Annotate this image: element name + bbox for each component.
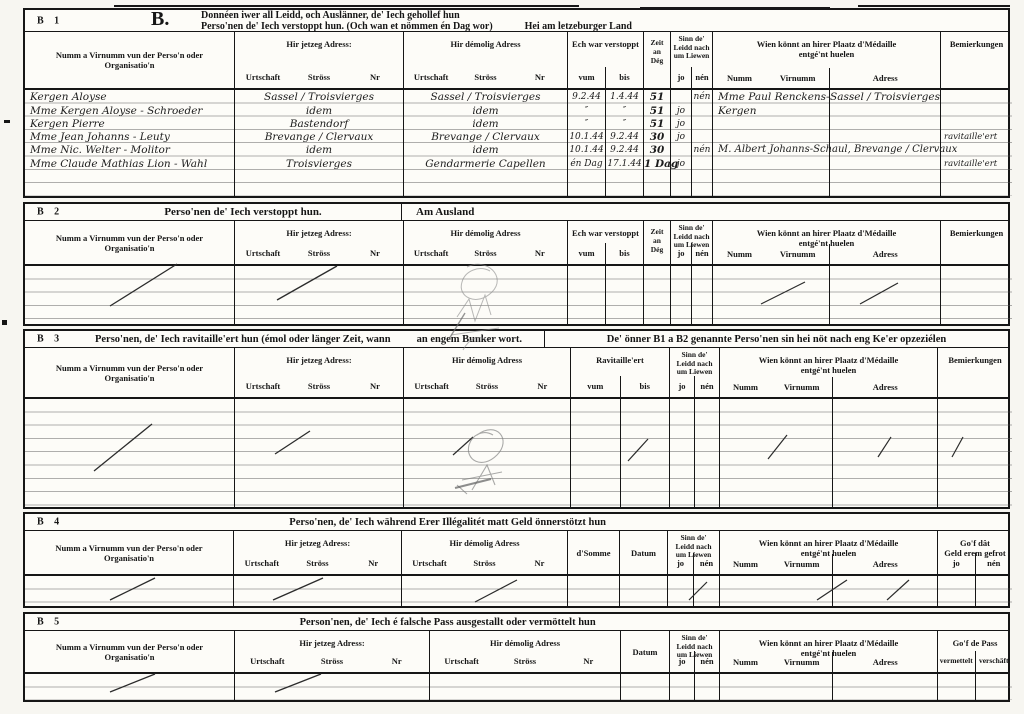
- b4-empty-cell: [667, 576, 693, 606]
- col-ravitailleert: Ravitaille'ertvumbis: [570, 348, 669, 397]
- b4-label: B 4: [37, 517, 63, 528]
- col-gof-pass: Go'f de Passvermetteltverschäft: [937, 631, 1012, 672]
- col-sinn: Sinn de'Leidd nachum Liewenjonén: [669, 631, 719, 672]
- entry-vum: 9.2.44: [568, 91, 605, 103]
- b1-bis-cell: 1.4.44 ″ ″ 9.2.44 9.2.44 17.1.44: [605, 90, 643, 196]
- section-b5: B 5 Person'nen, de' Iech é falsche Pass …: [23, 612, 1010, 702]
- b2-empty-cell: [234, 266, 403, 324]
- section-b2: B 2 Perso'nen de' Iech verstoppt hun. Am…: [23, 202, 1010, 326]
- entry-name: Mme Claude Mathias Lion - Wahl: [30, 158, 207, 170]
- col-jetzeg-adress: Hir jetzeg Adress:UrtschaftStrössNr: [233, 531, 401, 574]
- entry-zeit: 51: [644, 105, 670, 117]
- b2-body: [25, 266, 1008, 324]
- b4-empty-cell: [693, 576, 719, 606]
- b5-empty-cell: [694, 674, 719, 700]
- entry-zeit: 51: [644, 118, 670, 130]
- entry-name: Mme Kergen Aloyse - Schroeder: [30, 105, 202, 117]
- b3-empty-cell: [25, 399, 234, 507]
- section-b1: B 1 B. Donnéen iwer all Leidd, och Auslä…: [23, 8, 1010, 198]
- entry-zeit: 30: [644, 131, 670, 143]
- b3-band-right: De' önner B1 a B2 genannte Perso'nen sin…: [545, 334, 1008, 345]
- b1-vum-cell: 9.2.44 ″ ″ 10.1.44 10.1.44 én Dag: [567, 90, 605, 196]
- b2-empty-cell: [712, 266, 829, 324]
- entry-vum: én Dag: [568, 158, 605, 170]
- wien-sublabels: NummVirnummAdress: [713, 68, 940, 88]
- scanned-form-page: { "doc": { "hdr": { "name": "Numm a Virn…: [0, 0, 1024, 714]
- b2-column-headers: Numm a Virnumm vun der Perso'n oder Orga…: [25, 221, 1008, 266]
- entry-vum: 10.1.44: [568, 131, 605, 143]
- b5-empty-cell: [620, 674, 669, 700]
- col-wien: Wien könnt an hirer Plaatz d'Médailleent…: [719, 531, 937, 574]
- entry-bis: 1.4.44: [606, 91, 643, 103]
- entry-name: Kergen Aloyse: [30, 91, 107, 103]
- b4-empty-cell: [233, 576, 401, 606]
- b2-empty-cell: [25, 266, 234, 324]
- b3-empty-cell: [234, 399, 403, 507]
- entry-demolig: idem: [404, 105, 567, 117]
- b1-zeit-cell: 51 51 51 30 30 1 Dag: [643, 90, 670, 196]
- entry-name: Mme Nic. Welter - Molitor: [30, 144, 170, 156]
- b3-body: [25, 399, 1008, 507]
- b3-empty-cell: [719, 399, 832, 507]
- b1-demolig-cell: Sassel / Troisvierges idem idem Brevange…: [403, 90, 567, 196]
- entry-nen: nén: [692, 91, 712, 103]
- col-jetzeg-adress: Hir jetzeg Adress:UrtschaftStrössNr: [234, 348, 403, 397]
- col-bemierkungen: Bemierkungen: [940, 221, 1012, 264]
- b2-empty-cell: [670, 266, 691, 324]
- b5-empty-cell: [937, 674, 975, 700]
- entry-bis: 9.2.44: [606, 144, 643, 156]
- wien-label: Wien könnt an hirer Plaatz d'Médailleent…: [713, 39, 940, 59]
- b4-empty-cell: [619, 576, 667, 606]
- b2-empty-cell: [643, 266, 670, 324]
- entry-zeit: 51: [644, 91, 670, 103]
- b2-title-band: B 2 Perso'nen de' Iech verstoppt hun. Am…: [25, 204, 1008, 221]
- col-demolig-adress: Hir démolig Adress UrtschaftStrössNr: [403, 32, 567, 88]
- b3-title-a: Perso'nen, de' Iech ravitaille'ert hun (…: [95, 334, 391, 345]
- edge-artifact: [4, 120, 10, 123]
- b4-empty-cell: [401, 576, 567, 606]
- col-name: Numm a Virnumm vun der Perso'n oder Orga…: [25, 221, 234, 264]
- nr-label: Nr: [347, 72, 403, 82]
- b2-subtitle: Am Ausland: [416, 206, 474, 218]
- b3-title-band: B 3 Perso'nen, de' Iech ravitaille'ert h…: [25, 331, 1008, 348]
- entry-demolig: idem: [404, 144, 567, 156]
- demolig-sublabels: UrtschaftStrössNr: [404, 72, 567, 82]
- col-demolig-adress: Hir démolig AdressUrtschaftStrössNr: [401, 531, 567, 574]
- col-demolig-adress: Hir démolig AdressUrtschaftStrössNr: [403, 221, 567, 264]
- b1-letter: B.: [151, 8, 169, 31]
- b2-band-right: Am Ausland: [402, 206, 1008, 218]
- b1-wien-adress-cell: Sassel / Troisvierges: [829, 90, 940, 196]
- entry-vum: ″: [568, 118, 605, 130]
- b3-band-left: B 3 Perso'nen, de' Iech ravitaille'ert h…: [25, 331, 545, 347]
- col-sinn: Sinn de'Leidd nachum Liewenjonén: [669, 348, 719, 397]
- edge-artifact: [2, 320, 7, 325]
- b3-title2: De' önner B1 a B2 genannte Perso'nen sin…: [607, 334, 946, 345]
- col-demolig-adress: Hir démolig AdressUrtschaftStrössNr: [429, 631, 620, 672]
- stross-label: Ströss: [291, 72, 347, 82]
- b3-label: B 3: [37, 334, 63, 345]
- entry-wien-adress: Sassel / Troisvierges: [830, 91, 940, 103]
- col-datum: Datum: [619, 531, 667, 574]
- b5-empty-cell: [719, 674, 832, 700]
- b1-bemierkungen-cell: ravitaille'ert ravitaille'ert: [940, 90, 1012, 196]
- entry-demolig: Brevange / Clervaux: [404, 131, 567, 143]
- section-b4: B 4 Perso'nen, de' Iech während Erer Ill…: [23, 512, 1010, 608]
- b1-title-band: B 1 B. Donnéen iwer all Leidd, och Auslä…: [25, 10, 1008, 32]
- b5-body: [25, 674, 1008, 700]
- entry-jo: jo: [671, 118, 691, 130]
- b5-empty-cell: [669, 674, 694, 700]
- col-jetzeg-adress: Hir jetzeg Adress:UrtschaftStrössNr: [234, 221, 403, 264]
- b4-column-headers: Numm a Virnumm vun der Perso'n oder Orga…: [25, 531, 1008, 576]
- b1-jetzeg-cell: Sassel / Troisvierges idem Bastendorf Br…: [234, 90, 403, 196]
- entry-bemierkung: ravitaille'ert: [944, 158, 997, 170]
- b2-empty-cell: [829, 266, 940, 324]
- col-jetzeg-adress: Hir jetzeg Adress:UrtschaftStrössNr: [234, 631, 429, 672]
- entry-demolig: idem: [404, 118, 567, 130]
- b4-empty-cell: [25, 576, 233, 606]
- b5-title-band: B 5 Person'nen, de' Iech é falsche Pass …: [25, 614, 1008, 631]
- col-demolig-adress: Hir démolig AdressUrtschaftStrössNr: [403, 348, 570, 397]
- verstoppt-label: Ech war verstoppt: [568, 39, 643, 49]
- b5-empty-cell: [975, 674, 1012, 700]
- b1-names-cell: Kergen Aloyse Mme Kergen Aloyse - Schroe…: [25, 90, 234, 196]
- entry-jo: jo: [671, 105, 691, 117]
- b3-column-headers: Numm a Virnumm vun der Perso'n oder Orga…: [25, 348, 1008, 399]
- col-wien: Wien könnt an hirer Plaatz d'Médailleent…: [712, 32, 940, 88]
- col-bemierkungen: Bemierkungen: [940, 32, 1012, 88]
- col-jetzeg-adress: Hir jetzeg Adress: UrtschaftStrössNr: [234, 32, 403, 88]
- entry-wien-numm: Mme Paul Renckens-: [718, 91, 830, 103]
- b1-body: Kergen Aloyse Mme Kergen Aloyse - Schroe…: [25, 90, 1008, 196]
- b4-title-band: B 4 Perso'nen, de' Iech während Erer Ill…: [25, 514, 1008, 531]
- entry-bis: 9.2.44: [606, 131, 643, 143]
- col-name: Numm a Virnumm vun der Perso'n oder Orga…: [25, 631, 234, 672]
- b2-title: Perso'nen de' Iech verstoppt hun.: [164, 206, 321, 218]
- b4-title: Perso'nen, de' Iech während Erer Illégal…: [104, 517, 792, 528]
- entry-name: Kergen Pierre: [30, 118, 105, 130]
- b2-empty-cell: [940, 266, 1012, 324]
- col-zeit: ZeitanDég: [643, 32, 670, 88]
- entry-jetzeg: idem: [235, 105, 403, 117]
- col-datum: Datum: [620, 631, 669, 672]
- col-sinn: Sinn de'Leidd nachum Liewenjonén: [670, 221, 712, 264]
- col-name: Numm a Virnumm vun der Perso'n oder Orga…: [25, 531, 233, 574]
- col-name-label: Numm a Virnumm vun der Perso'n oder Orga…: [31, 50, 228, 70]
- col-sinn: Sinn de'Leidd nachum Liewen jonén: [670, 32, 712, 88]
- col-somme: d'Somme: [567, 531, 619, 574]
- b1-wien-numm-cell: Mme Paul Renckens- Kergen M. Albert Joha…: [712, 90, 829, 196]
- col-name: Numm a Virnumm vun der Perso'n oder Orga…: [25, 348, 234, 397]
- b4-body: [25, 576, 1008, 606]
- b2-label: B 2: [37, 207, 63, 218]
- b5-label: B 5: [37, 617, 63, 628]
- b2-empty-cell: [605, 266, 643, 324]
- entry-demolig: Gendarmerie Capellen: [404, 158, 567, 170]
- col-verstoppt: Ech war verstopptvumbis: [567, 221, 643, 264]
- entry-demolig: Sassel / Troisvierges: [404, 91, 567, 103]
- entry-bis: ″: [606, 118, 643, 130]
- b5-empty-cell: [234, 674, 429, 700]
- col-bemierkungen: Bemierkungen: [937, 348, 1012, 397]
- entry-jo: jo: [671, 131, 691, 143]
- b5-empty-cell: [832, 674, 937, 700]
- col-wien: Wien könnt an hirer Plaatz d'Médailleent…: [719, 348, 937, 397]
- b4-empty-cell: [975, 576, 1012, 606]
- entry-nen: nén: [692, 144, 712, 156]
- entry-jetzeg: Troisvierges: [235, 158, 403, 170]
- b3-empty-cell: [937, 399, 1012, 507]
- entry-bis: ″: [606, 105, 643, 117]
- b1-titles: Donnéen iwer all Leidd, och Auslänner, d…: [201, 10, 632, 32]
- entry-jetzeg: idem: [235, 144, 403, 156]
- entry-name: Mme Jean Johanns - Leuty: [30, 131, 170, 143]
- b5-column-headers: Numm a Virnumm vun der Perso'n oder Orga…: [25, 631, 1008, 674]
- b2-band-left: B 2 Perso'nen de' Iech verstoppt hun.: [25, 204, 402, 220]
- b1-title-line3: Hei am letzeburger Land: [525, 21, 632, 32]
- b4-empty-cell: [832, 576, 937, 606]
- b1-column-headers: Numm a Virnumm vun der Perso'n oder Orga…: [25, 32, 1008, 90]
- b5-empty-cell: [429, 674, 620, 700]
- b4-empty-cell: [719, 576, 832, 606]
- entry-vum: ″: [568, 105, 605, 117]
- b1-label: B 1: [37, 15, 63, 26]
- b2-empty-cell: [567, 266, 605, 324]
- col-name: Numm a Virnumm vun der Perso'n oder Orga…: [25, 32, 234, 88]
- col-sinn: Sinn de'Leidd nachum Liewenjonén: [667, 531, 719, 574]
- b1-title-line1: Donnéen iwer all Leidd, och Auslänner, d…: [201, 10, 632, 21]
- b3-empty-cell: [403, 399, 570, 507]
- entry-jetzeg: Sassel / Troisvierges: [235, 91, 403, 103]
- b3-empty-cell: [832, 399, 937, 507]
- vum-bis-sublabels: vumbis: [568, 67, 643, 88]
- b3-empty-cell: [620, 399, 669, 507]
- urtschaft-label: Urtschaft: [235, 72, 291, 82]
- section-b3: B 3 Perso'nen, de' Iech ravitaille'ert h…: [23, 329, 1010, 509]
- col-zeit: ZeitanDég: [643, 221, 670, 264]
- col-verstoppt: Ech war verstoppt vumbis: [567, 32, 643, 88]
- jo-nen-sublabels: jonén: [671, 67, 712, 88]
- demolig-label: Hir démolig Adress: [404, 39, 567, 49]
- top-rule-fragment: [114, 5, 579, 7]
- entry-zeit: 1 Dag: [644, 158, 670, 170]
- entry-jetzeg: Brevange / Clervaux: [235, 131, 403, 143]
- b4-empty-cell: [567, 576, 619, 606]
- b1-nen-cell: nén nén: [691, 90, 712, 196]
- b5-empty-cell: [25, 674, 234, 700]
- col-wien: Wien könnt an hirer Plaatz d'Médailleent…: [719, 631, 937, 672]
- entry-wien-numm: Kergen: [718, 105, 757, 117]
- entry-jetzeg: Bastendorf: [235, 118, 403, 130]
- b2-empty-cell: [691, 266, 712, 324]
- b1-title-line2: Perso'nen de' Iech verstoppt hun. (Och w…: [201, 21, 493, 32]
- entry-wien-numm: M. Albert Johanns-Schaul, Brevange / Cle…: [718, 144, 957, 156]
- b3-empty-cell: [669, 399, 694, 507]
- b3-empty-cell: [570, 399, 620, 507]
- entry-vum: 10.1.44: [568, 144, 605, 156]
- b1-jo-cell: jo jo jo jo: [670, 90, 691, 196]
- b4-empty-cell: [937, 576, 975, 606]
- b3-title-b: an engem Bunker wort.: [417, 334, 522, 345]
- entry-zeit: 30: [644, 144, 670, 156]
- sinn-label: Sinn de'Leidd nachum Liewen: [671, 35, 712, 61]
- jetzeg-label: Hir jetzeg Adress:: [235, 39, 403, 49]
- jetzeg-sublabels: UrtschaftStrössNr: [235, 72, 403, 82]
- entry-bis: 17.1.44: [606, 158, 643, 170]
- col-wien: Wien könnt an hirer Plaatz d'Médailleent…: [712, 221, 940, 264]
- entry-bemierkung: ravitaille'ert: [944, 131, 997, 143]
- b3-empty-cell: [694, 399, 719, 507]
- col-gof-geld: Go'f dâtGeld erem gefrotjonén: [937, 531, 1012, 574]
- b5-title: Person'nen, de' Iech é falsche Pass ausg…: [104, 617, 792, 628]
- top-rule-fragment: [858, 5, 1010, 7]
- b2-empty-cell: [403, 266, 567, 324]
